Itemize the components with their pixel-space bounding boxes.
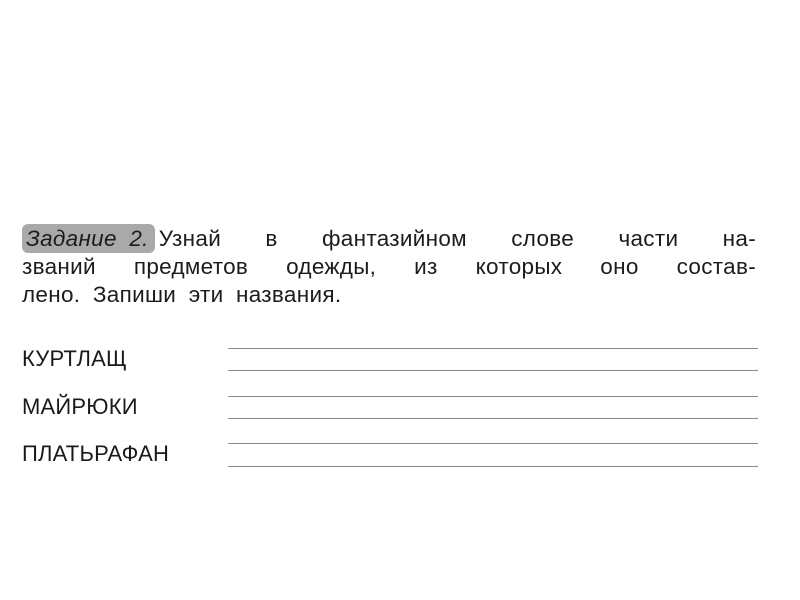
task-line-1-text: Узнай в фантазийном слове части на-: [159, 226, 756, 251]
task-line-1: Задание 2.Узнай в фантазийном слове част…: [22, 224, 756, 253]
answer-line-2b[interactable]: [228, 418, 758, 419]
task-line-3: лено. Запиши эти названия.: [22, 281, 762, 309]
task-instructions: Задание 2.Узнай в фантазийном слове част…: [22, 224, 762, 309]
answer-row-3: ПЛАТЬРАФАН: [22, 443, 762, 483]
answer-line-1b[interactable]: [228, 370, 758, 371]
answer-line-2a[interactable]: [228, 396, 758, 397]
fantasy-word-1: КУРТЛАЩ: [22, 346, 127, 372]
fantasy-word-2: МАЙРЮКИ: [22, 394, 138, 420]
answer-row-2: МАЙРЮКИ: [22, 396, 762, 436]
answer-row-1: КУРТЛАЩ: [22, 348, 762, 388]
answer-line-3b[interactable]: [228, 466, 758, 467]
answer-line-1a[interactable]: [228, 348, 758, 349]
task-line-2: званий предметов одежды, из которых оно …: [22, 253, 756, 281]
task-label: Задание 2.: [22, 224, 155, 253]
fantasy-word-3: ПЛАТЬРАФАН: [22, 441, 169, 467]
task-paragraph: Задание 2.Узнай в фантазийном слове част…: [22, 224, 762, 309]
answer-line-3a[interactable]: [228, 443, 758, 444]
